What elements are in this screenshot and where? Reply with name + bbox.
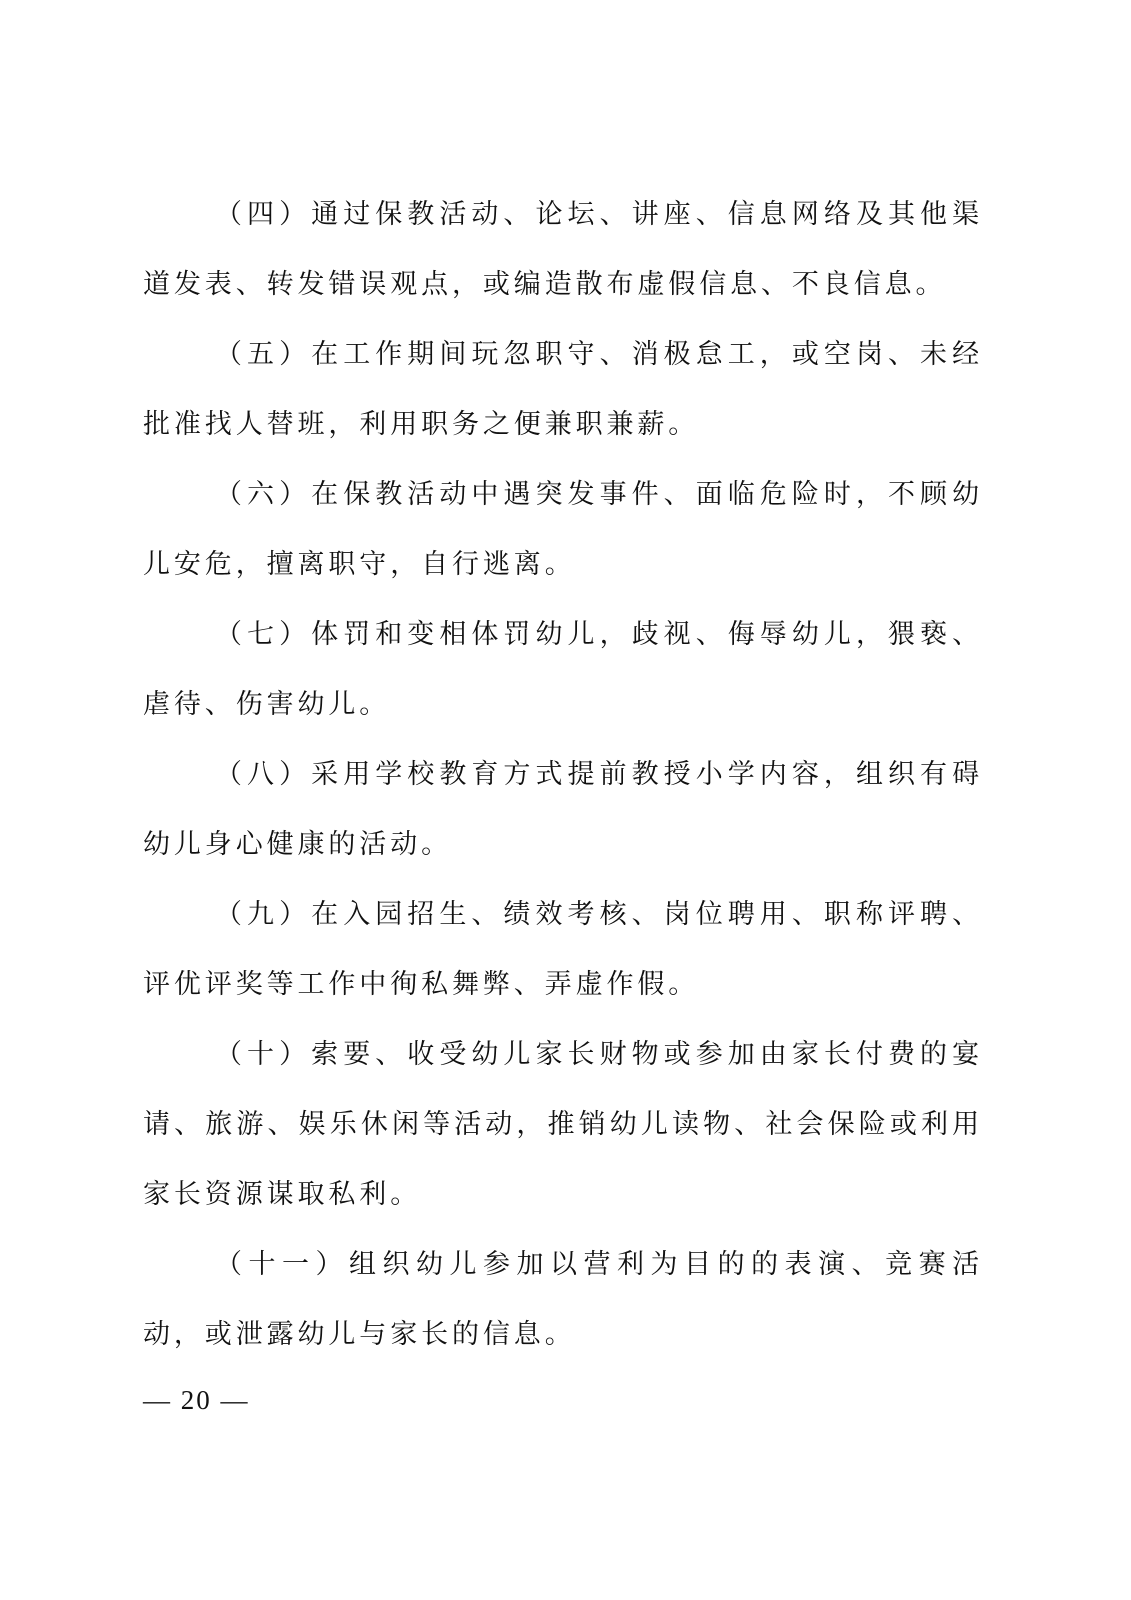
document-body: （四）通过保教活动、论坛、讲座、信息网络及其他渠道发表、转发错误观点，或编造散布… [143, 180, 983, 1370]
page-number: — 20 — [143, 1380, 250, 1420]
paragraph-item-11: （十一）组织幼儿参加以营利为目的的表演、竞赛活动，或泄露幼儿与家长的信息。 [143, 1230, 983, 1370]
paragraph-item-8: （八）采用学校教育方式提前教授小学内容，组织有碍幼儿身心健康的活动。 [143, 740, 983, 880]
paragraph-item-9: （九）在入园招生、绩效考核、岗位聘用、职称评聘、评优评奖等工作中徇私舞弊、弄虚作… [143, 880, 983, 1020]
paragraph-item-4: （四）通过保教活动、论坛、讲座、信息网络及其他渠道发表、转发错误观点，或编造散布… [143, 180, 983, 320]
paragraph-item-6: （六）在保教活动中遇突发事件、面临危险时，不顾幼儿安危，擅离职守，自行逃离。 [143, 460, 983, 600]
paragraph-item-5: （五）在工作期间玩忽职守、消极怠工，或空岗、未经批准找人替班，利用职务之便兼职兼… [143, 320, 983, 460]
document-page: （四）通过保教活动、论坛、讲座、信息网络及其他渠道发表、转发错误观点，或编造散布… [0, 0, 1131, 1600]
paragraph-item-7: （七）体罚和变相体罚幼儿，歧视、侮辱幼儿，猥亵、虐待、伤害幼儿。 [143, 600, 983, 740]
paragraph-item-10: （十）索要、收受幼儿家长财物或参加由家长付费的宴请、旅游、娱乐休闲等活动，推销幼… [143, 1020, 983, 1230]
